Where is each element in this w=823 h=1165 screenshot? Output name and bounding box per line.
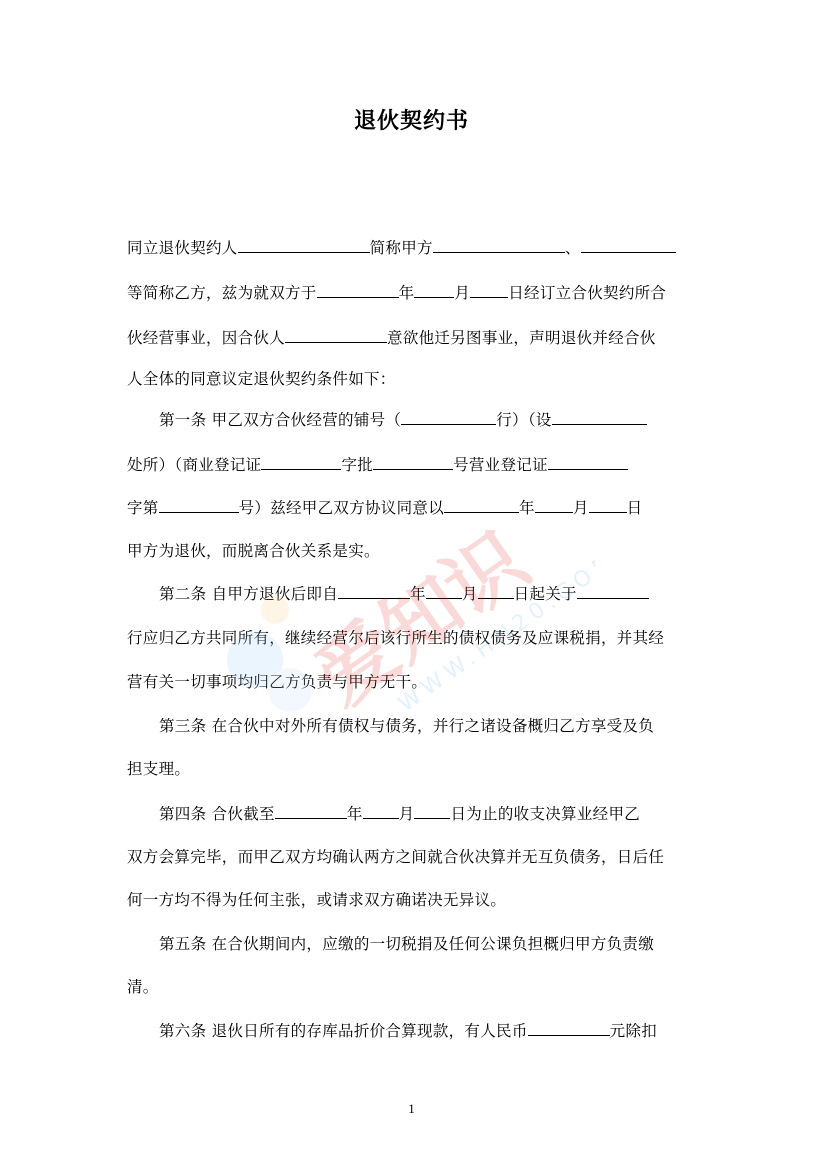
text-line: 何一方均不得为任何主张，或请求双方确诺决无异议。 [127, 890, 506, 910]
text-segment: 号）兹经甲乙双方协议同意以 [239, 499, 444, 517]
fill-in-blank[interactable] [363, 803, 399, 819]
fill-in-blank[interactable] [548, 454, 628, 470]
fill-in-blank[interactable] [552, 409, 647, 425]
fill-in-blank[interactable] [535, 497, 573, 513]
text-line: 第三条 在合伙中对外所有债权与债务，并行之诸设备概归乙方享受及负 [159, 716, 654, 736]
fill-in-blank[interactable] [414, 803, 450, 819]
fill-in-blank[interactable] [338, 583, 410, 599]
text-line: 营有关一切事项均归乙方负责与甲方无干。 [127, 672, 427, 692]
text-segment: 处所）（商业登记证 [127, 456, 261, 474]
text-line: 行应归乙方共同所有，继续经营尔后该行所生的债权债务及应课税捐，并其经 [127, 628, 664, 648]
text-segment: 同立退伙契约人 [127, 239, 238, 257]
fill-in-blank[interactable] [577, 583, 649, 599]
text-segment: 双方会算完毕，而甲乙双方均确认两方之间就合伙决算并无互负债务，日后任 [127, 848, 664, 866]
page-number: 1 [0, 1101, 823, 1117]
text-segment: 元除扣 [610, 1022, 657, 1040]
document-title: 退伙契约书 [0, 104, 823, 135]
fill-in-blank[interactable] [444, 497, 519, 513]
fill-in-blank[interactable] [426, 583, 462, 599]
fill-in-blank[interactable] [433, 237, 565, 253]
text-line: 同立退伙契约人简称甲方、 [127, 237, 676, 258]
text-segment: 行）（设 [496, 411, 551, 429]
text-segment: 日为止的收支决算业经甲乙 [450, 805, 640, 823]
fill-in-blank[interactable] [528, 1020, 610, 1036]
text-line: 甲方为退伙，而脱离合伙关系是实。 [127, 541, 380, 561]
text-line: 担支理。 [127, 759, 190, 779]
text-segment: 第五条 在合伙期间内，应缴的一切税捐及任何公课负担概归甲方负责缴 [159, 935, 654, 953]
text-segment: 伙经营事业，因合伙人 [127, 329, 285, 347]
text-segment: 字批 [341, 456, 373, 474]
text-segment: 甲方为退伙，而脱离合伙关系是实。 [127, 542, 380, 560]
text-segment: 日经订立合伙契约所合 [508, 284, 666, 302]
text-line: 字第号）兹经甲乙双方协议同意以年月日 [127, 497, 642, 518]
text-segment: 第二条 自甲方退伙后即自 [159, 585, 338, 603]
text-segment: 意欲他迁另图事业，声明退伙并经合伙 [387, 329, 656, 347]
fill-in-blank[interactable] [275, 803, 347, 819]
text-segment: 第一条 甲乙双方合伙经营的铺号（ [159, 411, 401, 429]
text-line: 伙经营事业，因合伙人意欲他迁另图事业，声明退伙并经合伙 [127, 327, 656, 348]
text-segment: 第三条 在合伙中对外所有债权与债务，并行之诸设备概归乙方享受及负 [159, 717, 654, 735]
fill-in-blank[interactable] [285, 327, 387, 343]
text-segment: 第四条 合伙截至 [159, 805, 275, 823]
text-segment: 日起关于 [514, 585, 577, 603]
text-line: 等简称乙方，兹为就双方于年月日经订立合伙契约所合 [127, 282, 666, 303]
text-segment: 年 [347, 805, 363, 823]
text-line: 双方会算完毕，而甲乙双方均确认两方之间就合伙决算并无互负债务，日后任 [127, 847, 664, 867]
text-segment: 年 [399, 284, 415, 302]
text-segment: 何一方均不得为任何主张，或请求双方确诺决无异议。 [127, 891, 506, 909]
text-segment: 等简称乙方，兹为就双方于 [127, 284, 317, 302]
text-segment: 字第 [127, 499, 159, 517]
text-segment: 人全体的同意议定退伙契约条件如下： [127, 370, 396, 388]
text-line: 第五条 在合伙期间内，应缴的一切税捐及任何公课负担概归甲方负责缴 [159, 934, 654, 954]
text-segment: 担支理。 [127, 760, 190, 778]
fill-in-blank[interactable] [238, 237, 370, 253]
text-segment: 年 [410, 585, 426, 603]
text-line: 第一条 甲乙双方合伙经营的铺号（行）（设 [159, 409, 647, 430]
fill-in-blank[interactable] [589, 497, 627, 513]
text-line: 第二条 自甲方退伙后即自年月日起关于 [159, 583, 649, 604]
text-segment: 日 [627, 499, 643, 517]
text-segment: 行应归乙方共同所有，继续经营尔后该行所生的债权债务及应课税捐，并其经 [127, 629, 664, 647]
text-segment: 月 [573, 499, 589, 517]
fill-in-blank[interactable] [317, 282, 399, 298]
fill-in-blank[interactable] [581, 237, 676, 253]
text-line: 第六条 退伙日所有的存库品折价合算现款，有人民币元除扣 [159, 1020, 657, 1041]
text-segment: 营有关一切事项均归乙方负责与甲方无干。 [127, 673, 427, 691]
text-line: 清。 [127, 977, 159, 997]
fill-in-blank[interactable] [373, 454, 453, 470]
text-line: 处所）（商业登记证字批号营业登记证 [127, 454, 628, 475]
text-line: 第四条 合伙截至年月日为止的收支决算业经甲乙 [159, 803, 640, 824]
fill-in-blank[interactable] [261, 454, 341, 470]
text-segment: 、 [565, 239, 581, 257]
fill-in-blank[interactable] [159, 497, 239, 513]
fill-in-blank[interactable] [414, 282, 454, 298]
text-segment: 简称甲方 [370, 239, 433, 257]
text-line: 人全体的同意议定退伙契约条件如下： [127, 369, 396, 389]
text-segment: 第六条 退伙日所有的存库品折价合算现款，有人民币 [159, 1022, 528, 1040]
text-segment: 月 [462, 585, 478, 603]
fill-in-blank[interactable] [478, 583, 514, 599]
text-segment: 月 [454, 284, 470, 302]
fill-in-blank[interactable] [470, 282, 508, 298]
fill-in-blank[interactable] [401, 409, 496, 425]
text-segment: 年 [519, 499, 535, 517]
text-segment: 号营业登记证 [453, 456, 548, 474]
text-segment: 月 [399, 805, 415, 823]
text-segment: 清。 [127, 978, 159, 996]
